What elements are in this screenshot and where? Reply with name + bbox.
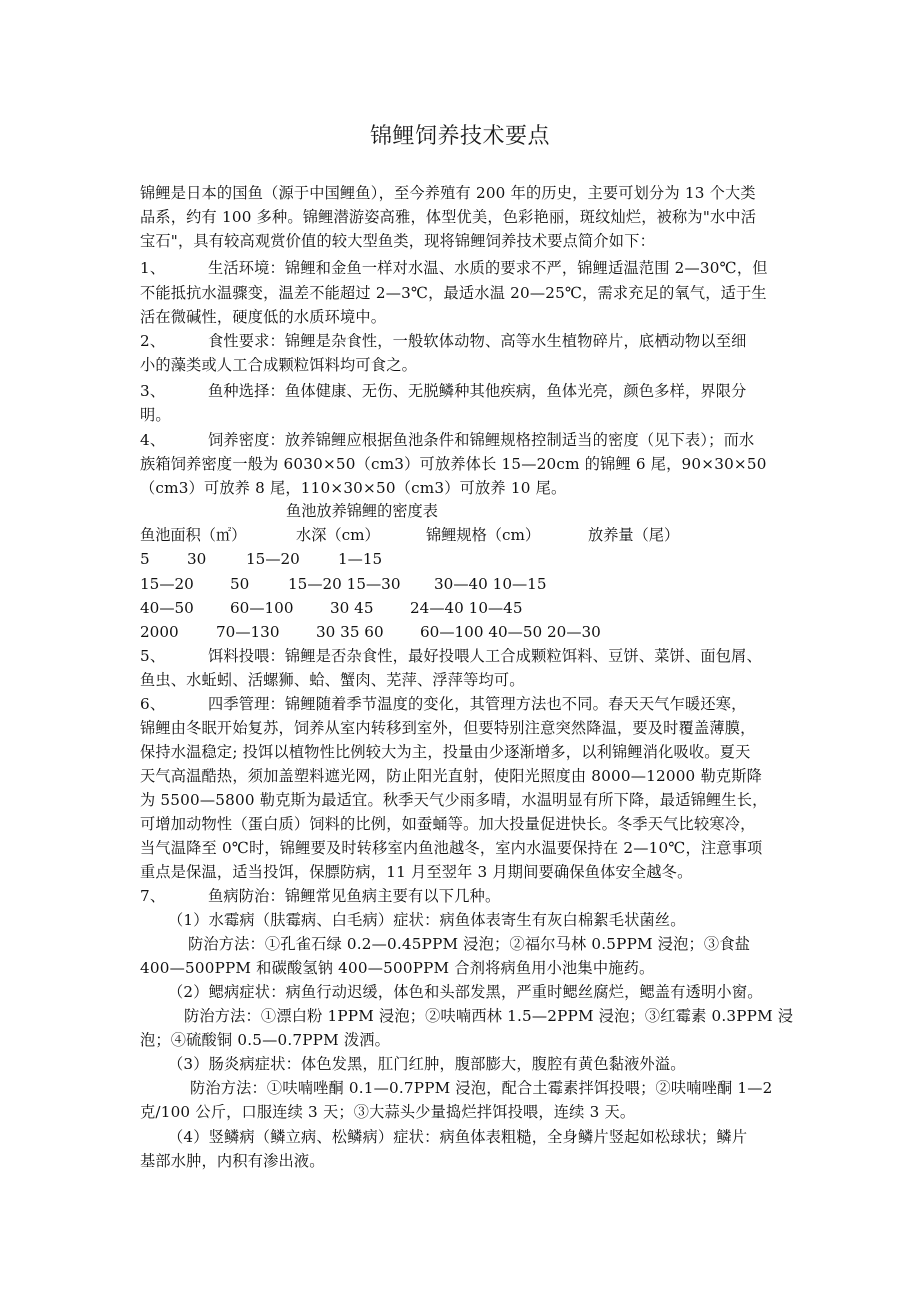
intro-line: 品系，约有 100 多种。锦鲤潜游姿高雅，体型优美，色彩艳丽，斑纹灿烂，被称为"… xyxy=(140,206,790,228)
section-line: （cm3）可放养 8 尾，110×30×50（cm3）可放养 10 尾。 xyxy=(140,477,790,499)
section-text: 四季管理：锦鲤随着季节温度的变化，其管理方法也不同。春天天气乍暖还寒， xyxy=(208,695,747,713)
section-line: 明。 xyxy=(140,404,790,426)
table-cell: 1—15 xyxy=(338,548,382,570)
section-3-heading-line: 3、鱼种选择：鱼体健康、无伤、无脱鳞种其他疾病，鱼体光亮，颜色多样，界限分 xyxy=(140,380,790,402)
section-line: 小的藻类或人工合成颗粒饵料均可食之。 xyxy=(140,354,790,376)
section-number: 7、 xyxy=(140,885,208,907)
section-line: 保持水温稳定; 投饵以植物性比例较大为主，投量由少逐渐增多，以利锦鲤消化吸收。夏… xyxy=(140,741,790,763)
section-line: 重点是保温，适当投饵，保膘防病，11 月至翌年 3 月期间要确保鱼体安全越冬。 xyxy=(140,861,790,883)
document-page: 锦鲤饲养技术要点 锦鲤是日本的国鱼（源于中国鲤鱼），至今养殖有 200 年的历史… xyxy=(0,0,920,1302)
section-5-heading-line: 5、饵料投喂：锦鲤是否杂食性，最好投喂人工合成颗粒饵料、豆饼、菜饼、面包屑、 xyxy=(140,645,790,667)
table-cell: 30 35 60 xyxy=(316,621,384,643)
table-cell: 15—20 xyxy=(140,573,194,595)
disease-2-symptom: （2）鳃病症状：病鱼行动迟缓，体色和头部发黑，严重时鳃丝腐烂，鳃盖有透明小窗。 xyxy=(168,981,818,1003)
disease-2-treatment: 防治方法：①漂白粉 1PPM 浸泡；②呋喃西林 1.5—2PPM 浸泡；③红霉素… xyxy=(184,1005,834,1027)
section-text: 鱼种选择：鱼体健康、无伤、无脱鳞种其他疾病，鱼体光亮，颜色多样，界限分 xyxy=(208,382,747,400)
section-number: 6、 xyxy=(140,693,208,715)
disease-1-symptom: （1）水霉病（肤霉病、白毛病）症状：病鱼体表寄生有灰白棉絮毛状菌丝。 xyxy=(168,909,818,931)
section-line: 锦鲤由冬眠开始复苏，饲养从室内转移到室外，但要特别注意突然降温，要及时覆盖薄膜， xyxy=(140,717,790,739)
intro-line: 锦鲤是日本的国鱼（源于中国鲤鱼），至今养殖有 200 年的历史，主要可划分为 1… xyxy=(140,182,790,204)
table-cell: 5 xyxy=(140,548,150,570)
table-cell: 50 xyxy=(230,573,249,595)
table-cell: 40—50 xyxy=(140,597,194,619)
table-cell: 24—40 10—45 xyxy=(410,597,523,619)
section-number: 2、 xyxy=(140,330,208,352)
table-cell: 15—20 xyxy=(246,548,300,570)
section-number: 5、 xyxy=(140,645,208,667)
section-7-heading-line: 7、鱼病防治：锦鲤常见鱼病主要有以下几种。 xyxy=(140,885,790,907)
disease-2-treatment: 泡；④硫酸铜 0.5—0.7PPM 泼洒。 xyxy=(140,1029,790,1051)
table-cell: 2000 xyxy=(140,621,179,643)
section-1-heading-line: 1、生活环境：锦鲤和金鱼一样对水温、水质的要求不严，锦鲤适温范围 2—30℃，但 xyxy=(140,257,790,279)
section-line: 族箱饲养密度一般为 6030×50（cm3）可放养体长 15—20cm 的锦鲤 … xyxy=(140,453,790,475)
disease-3-treatment: 防治方法：①呋喃唑酮 0.1—0.7PPM 浸泡，配合土霉素拌饵投喂；②呋喃唑酮… xyxy=(190,1077,840,1099)
disease-3-symptom: （3）肠炎病症状：体色发黑，肛门红肿，腹部膨大，腹腔有黄色黏液外溢。 xyxy=(168,1053,818,1075)
table-cell: 30 xyxy=(187,548,206,570)
disease-1-treatment: 防治方法：①孔雀石绿 0.2—0.45PPM 浸泡；②福尔马林 0.5PPM 浸… xyxy=(188,933,838,955)
disease-1-treatment: 400—500PPM 和碳酸氢钠 400—500PPM 合剂将病鱼用小池集中施药… xyxy=(140,957,790,979)
table-header: 锦鲤规格（cm） xyxy=(426,524,540,546)
section-6-heading-line: 6、四季管理：锦鲤随着季节温度的变化，其管理方法也不同。春天天气乍暖还寒， xyxy=(140,693,790,715)
section-line: 鱼虫、水蚯蚓、活螺狮、蛤、蟹肉、芜萍、浮萍等均可。 xyxy=(140,669,790,691)
disease-4-symptom: 基部水肿，内积有渗出液。 xyxy=(140,1150,790,1172)
section-line: 活在微碱性，硬度低的水质环境中。 xyxy=(140,306,790,328)
table-cell: 15—20 15—30 xyxy=(288,573,401,595)
table-cell: 60—100 40—50 20—30 xyxy=(420,621,601,643)
section-text: 鱼病防治：锦鲤常见鱼病主要有以下几种。 xyxy=(208,887,500,905)
table-header: 水深（cm） xyxy=(296,524,380,546)
section-text: 食性要求：锦鲤是杂食性，一般软体动物、高等水生植物碎片，底栖动物以至细 xyxy=(208,332,747,350)
section-line: 为 5500—5800 勒克斯为最适宜。秋季天气少雨多晴，水温明显有所下降，最适… xyxy=(140,789,790,811)
section-line: 不能抵抗水温骤变，温差不能超过 2—3℃，最适水温 20—25℃，需求充足的氧气… xyxy=(140,282,790,304)
section-number: 3、 xyxy=(140,380,208,402)
table-cell: 70—130 xyxy=(216,621,280,643)
section-line: 天气高温酷热，须加盖塑料遮光网，防止阳光直射，使阳光照度由 8000—12000… xyxy=(140,765,790,787)
section-line: 可增加动物性（蛋白质）饲料的比例，如蚕蛹等。加大投量促进快长。冬季天气比较寒冷， xyxy=(140,813,790,835)
table-header: 鱼池面积（㎡） xyxy=(140,524,246,546)
section-2-heading-line: 2、食性要求：锦鲤是杂食性，一般软体动物、高等水生植物碎片，底栖动物以至细 xyxy=(140,330,790,352)
disease-4-symptom: （4）竖鳞病（鳞立病、松鳞病）症状：病鱼体表粗糙，全身鳞片竖起如松球状；鳞片 xyxy=(168,1126,818,1148)
disease-3-treatment: 克/100 公斤，口服连续 3 天；③大蒜头少量捣烂拌饵投喂，连续 3 天。 xyxy=(140,1101,790,1123)
table-caption: 鱼池放养锦鲤的密度表 xyxy=(286,500,438,522)
section-4-heading-line: 4、饲养密度：放养锦鲤应根据鱼池条件和锦鲤规格控制适当的密度（见下表）；而水 xyxy=(140,429,790,451)
section-number: 4、 xyxy=(140,429,208,451)
section-number: 1、 xyxy=(140,257,208,279)
table-cell: 30 45 xyxy=(330,597,373,619)
table-header: 放养量（尾） xyxy=(588,524,679,546)
section-text: 饲养密度：放养锦鲤应根据鱼池条件和锦鲤规格控制适当的密度（见下表）；而水 xyxy=(208,431,754,449)
table-cell: 30—40 10—15 xyxy=(434,573,547,595)
section-line: 当气温降至 0℃时，锦鲤要及时转移室内鱼池越冬，室内水温要保持在 2—10℃，注… xyxy=(140,837,790,859)
table-cell: 60—100 xyxy=(230,597,294,619)
section-text: 饵料投喂：锦鲤是否杂食性，最好投喂人工合成颗粒饵料、豆饼、菜饼、面包屑、 xyxy=(208,647,762,665)
section-text: 生活环境：锦鲤和金鱼一样对水温、水质的要求不严，锦鲤适温范围 2—30℃，但 xyxy=(208,259,768,277)
intro-line: 宝石"，具有较高观赏价值的较大型鱼类，现将锦鲤饲养技术要点简介如下： xyxy=(140,230,790,252)
document-title: 锦鲤饲养技术要点 xyxy=(0,122,920,152)
